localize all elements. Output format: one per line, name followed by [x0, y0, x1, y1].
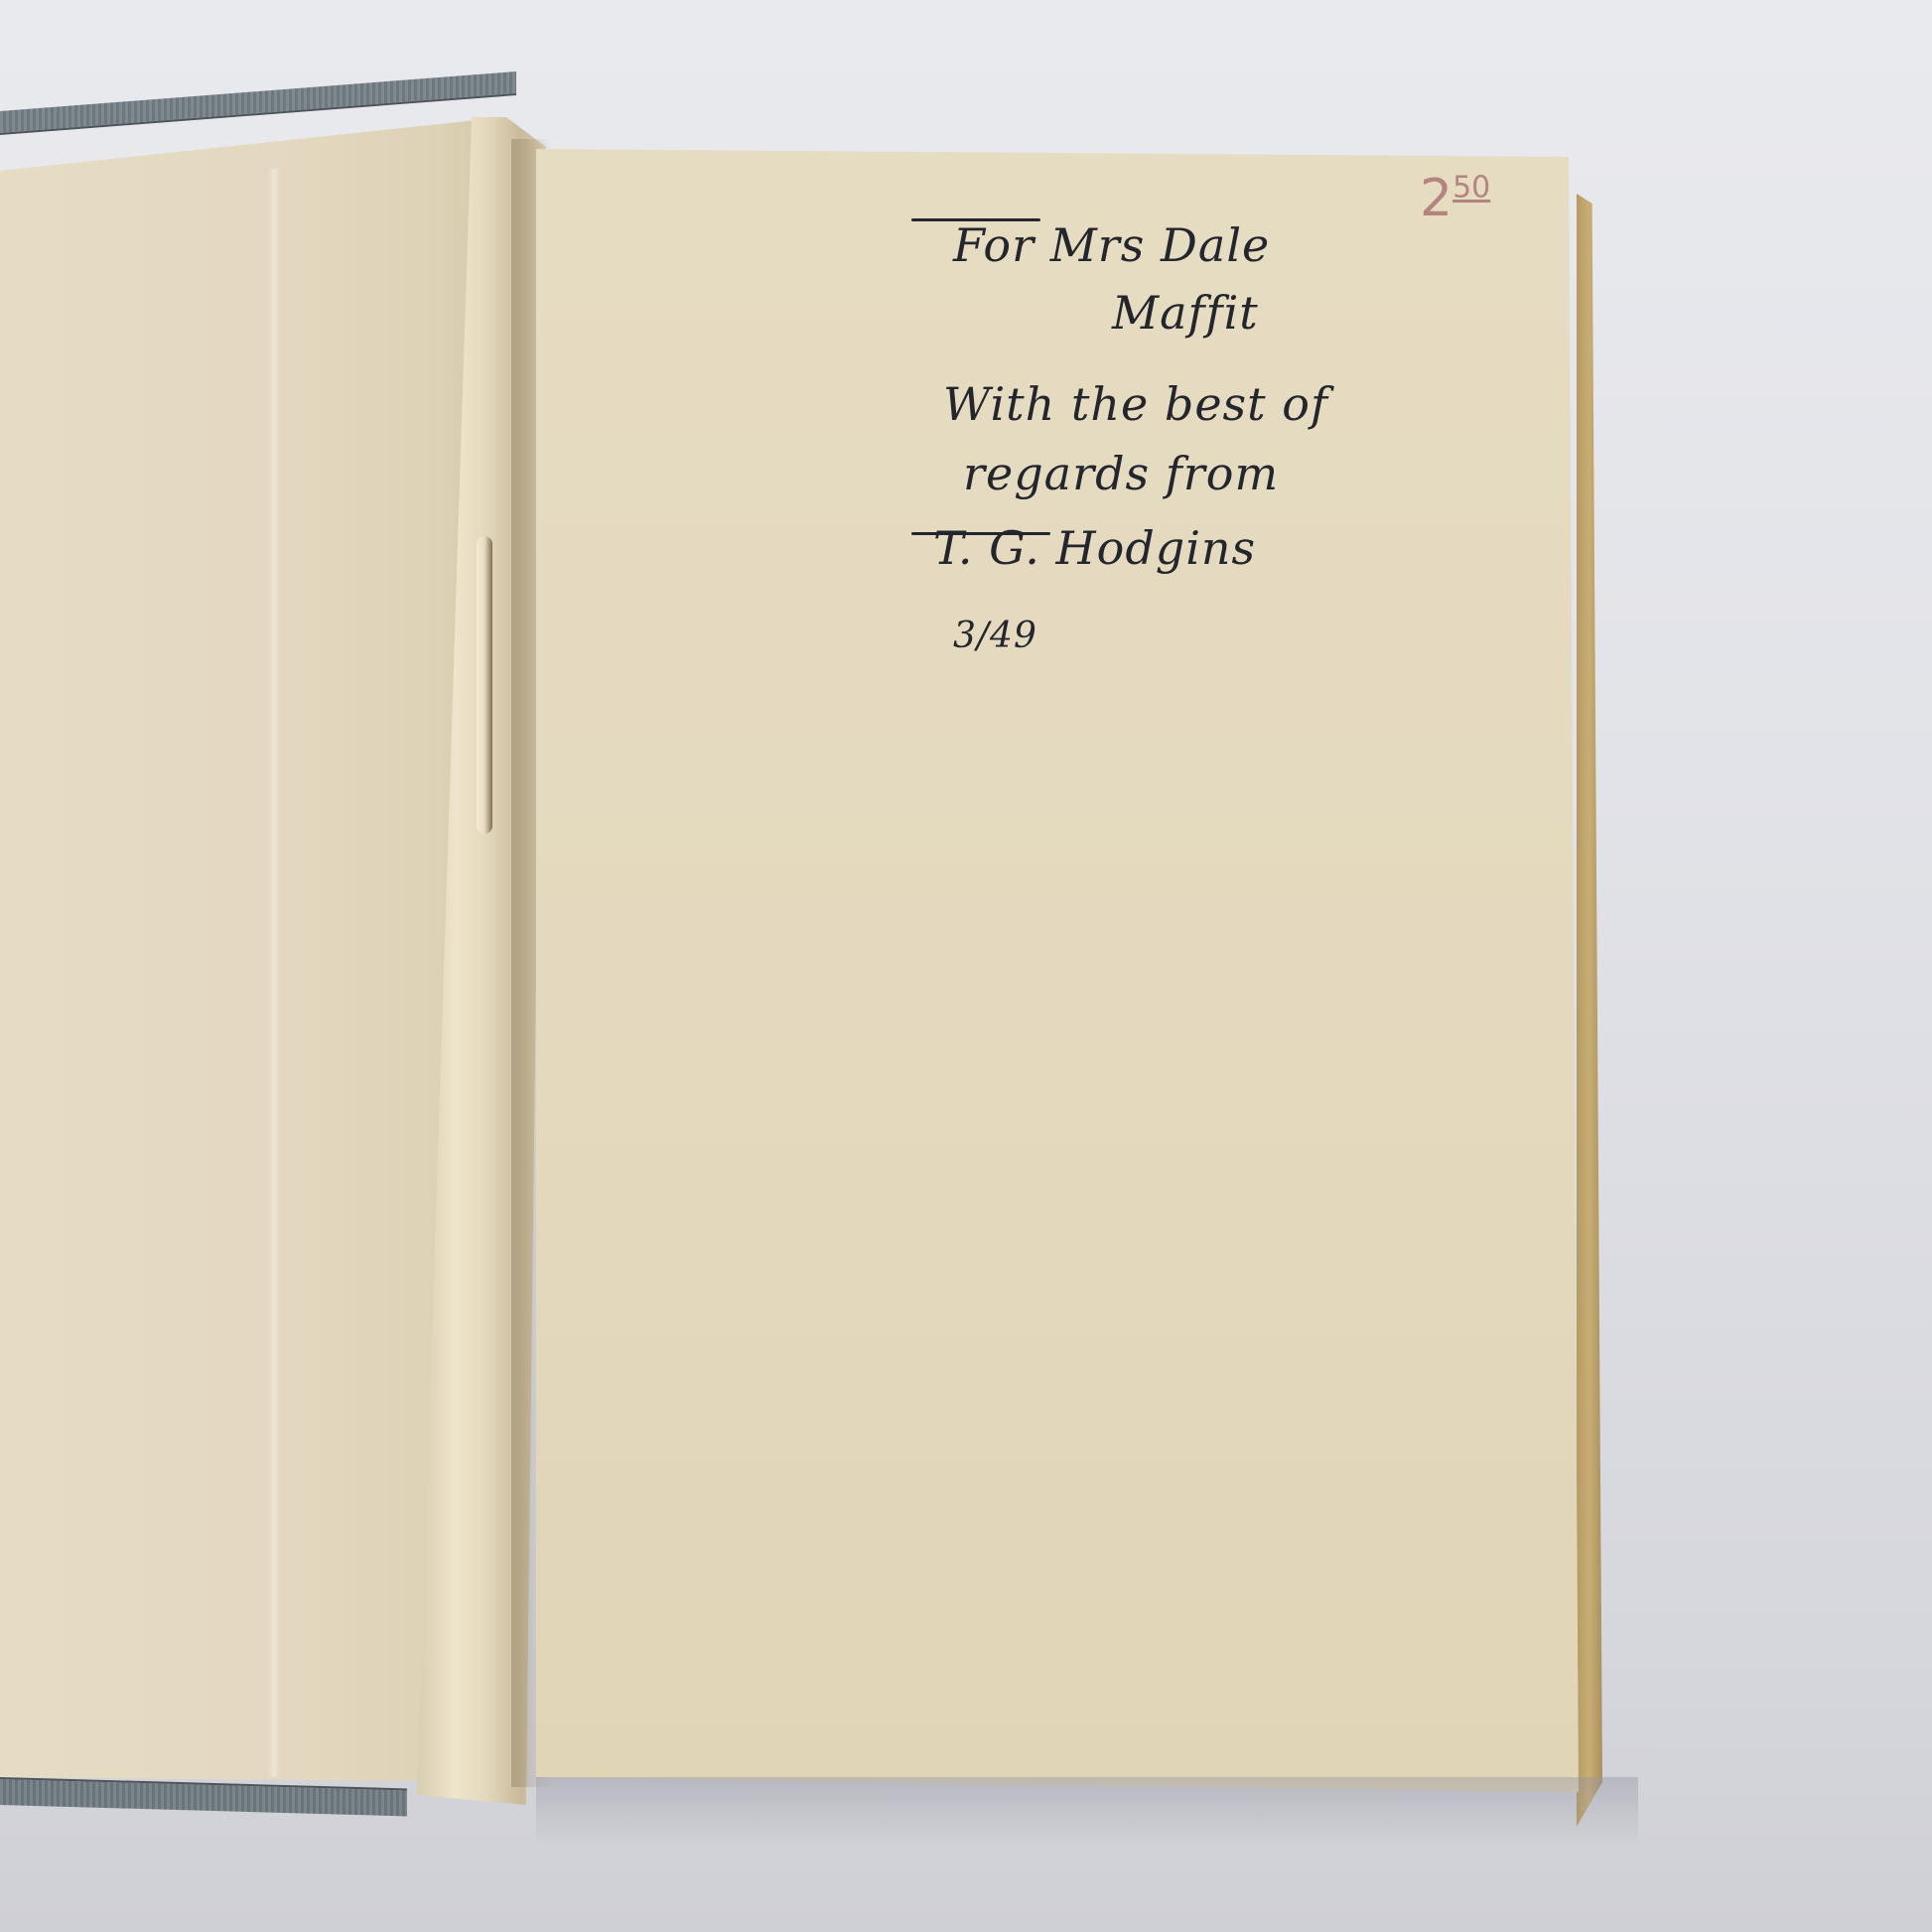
- inscription-line-3: With the best of: [943, 377, 1328, 431]
- page-block-edge: [1577, 194, 1602, 1832]
- handwritten-inscription: For Mrs Dale Maffit With the best of reg…: [923, 199, 1479, 695]
- inscription-line-2: Maffit: [1112, 286, 1259, 340]
- hinge-tear: [477, 536, 492, 834]
- inscription-date: 3/49: [953, 616, 1037, 656]
- book-photo: 250 For Mrs Dale Maffit With the best of…: [0, 0, 1932, 1932]
- page-shadow: [536, 1777, 1638, 1847]
- cover-cloth-edge-bottom: [0, 1777, 407, 1816]
- endpaper-crease: [268, 169, 280, 1777]
- signature: T. G. Hodgins: [933, 521, 1256, 575]
- inscription-line-1: For Mrs Dale: [953, 218, 1270, 272]
- inscription-line-4: regards from: [963, 447, 1279, 500]
